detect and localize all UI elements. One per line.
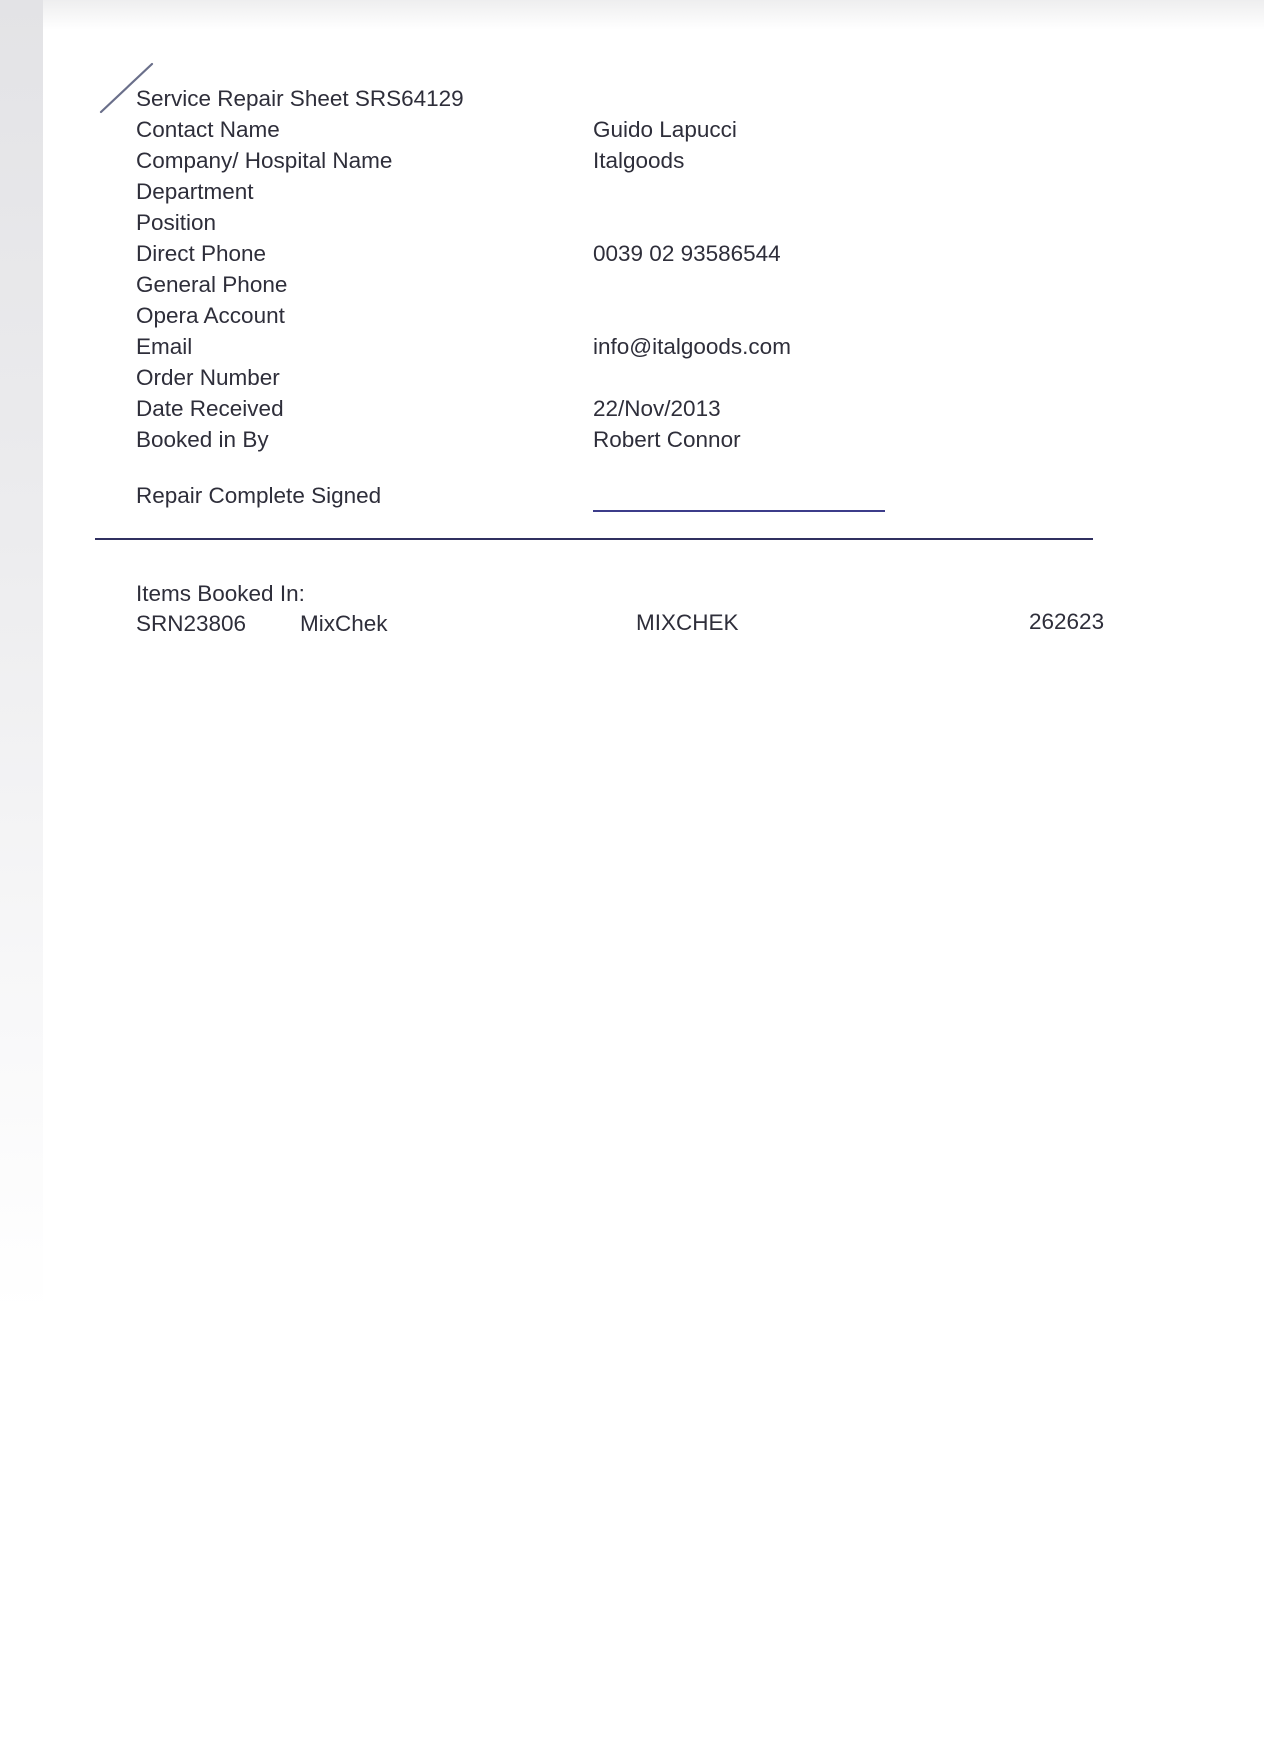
item-ref: SRN23806	[136, 610, 246, 638]
field-label-position: Position	[136, 209, 216, 237]
field-label-department: Department	[136, 178, 254, 206]
field-value-booked-in-by: Robert Connor	[593, 426, 741, 454]
item-model: MIXCHEK	[636, 609, 739, 637]
scan-shadow-edge	[0, 0, 43, 1752]
field-label-booked-in-by: Booked in By	[136, 426, 269, 454]
signature-label: Repair Complete Signed	[136, 482, 381, 510]
scan-shadow-top	[43, 0, 1264, 30]
field-label-date-received: Date Received	[136, 395, 284, 423]
section-divider	[95, 538, 1093, 540]
field-label-opera-account: Opera Account	[136, 302, 285, 330]
items-heading: Items Booked In:	[136, 580, 305, 608]
field-value-contact-name: Guido Lapucci	[593, 116, 737, 144]
field-value-date-received: 22/Nov/2013	[593, 395, 721, 423]
field-label-order-number: Order Number	[136, 364, 280, 392]
field-value-company: Italgoods	[593, 147, 684, 175]
field-value-direct-phone: 0039 02 93586544	[593, 240, 781, 268]
field-label-contact-name: Contact Name	[136, 116, 280, 144]
field-label-direct-phone: Direct Phone	[136, 240, 266, 268]
field-label-company: Company/ Hospital Name	[136, 147, 392, 175]
field-value-email: info@italgoods.com	[593, 333, 791, 361]
field-label-general-phone: General Phone	[136, 271, 287, 299]
item-name: MixChek	[300, 610, 388, 638]
item-serial: 262623	[1029, 608, 1104, 636]
document-title: Service Repair Sheet SRS64129	[136, 85, 464, 113]
field-label-email: Email	[136, 333, 192, 361]
signature-line	[593, 510, 885, 512]
